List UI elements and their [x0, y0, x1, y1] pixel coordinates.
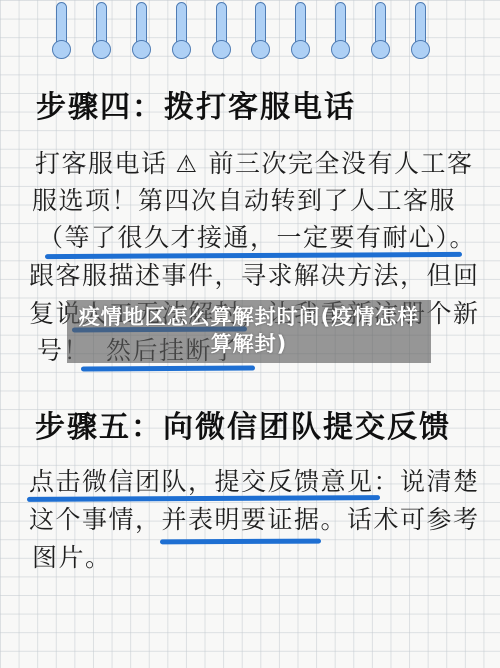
binder-pin-icon — [411, 0, 430, 62]
binder-pin-icon — [291, 0, 310, 62]
text-line: 图片。 — [32, 543, 112, 573]
emphasis-underline — [81, 366, 255, 372]
binder-pin-icon — [371, 0, 390, 62]
text-segment: 打客服电话 — [35, 149, 168, 178]
emphasis-underline — [160, 539, 321, 545]
text-line: 服选项！第四次自动转到了人工客服 — [32, 186, 456, 216]
watermark-line: 算解封) — [67, 331, 431, 358]
text-line: 打客服电话⚠前三次完全没有人工客 — [35, 149, 474, 179]
text-segment: 前三次完全没有人工客 — [209, 149, 474, 178]
binder-pin-icon — [212, 0, 231, 62]
text-line: 跟客服描述事件，寻求解决方法，但回 — [29, 261, 480, 291]
watermark-line: 疫情地区怎么算解封时间(疫情怎样 — [67, 304, 431, 331]
step5-heading: 步骤五：向微信团队提交反馈 — [35, 402, 451, 446]
text-line: 点击微信团队，提交反馈意见：说清楚 — [29, 467, 480, 497]
binder-pin-icon — [52, 0, 71, 62]
emphasis-underline — [45, 252, 462, 259]
binder-pin-icon — [331, 0, 350, 62]
binder-pin-icon — [172, 0, 191, 62]
text-line: （等了很久才接通，一定要有耐心）。 — [38, 223, 476, 253]
emphasis-underline — [27, 495, 380, 502]
spiral-binder — [52, 0, 430, 62]
step4-heading: 步骤四：拨打客服电话 — [36, 82, 356, 126]
binder-pin-icon — [132, 0, 151, 62]
binder-pin-icon — [92, 0, 111, 62]
warning-icon: ⚠ — [176, 149, 199, 179]
text-line: 这个事情，并表明要证据。话术可参考 — [29, 505, 480, 535]
watermark-overlay: 疫情地区怎么算解封时间(疫情怎样 算解封) — [67, 300, 431, 363]
binder-pin-icon — [251, 0, 270, 62]
note-page: 步骤四：拨打客服电话 打客服电话⚠前三次完全没有人工客 服选项！第四次自动转到了… — [0, 0, 500, 668]
